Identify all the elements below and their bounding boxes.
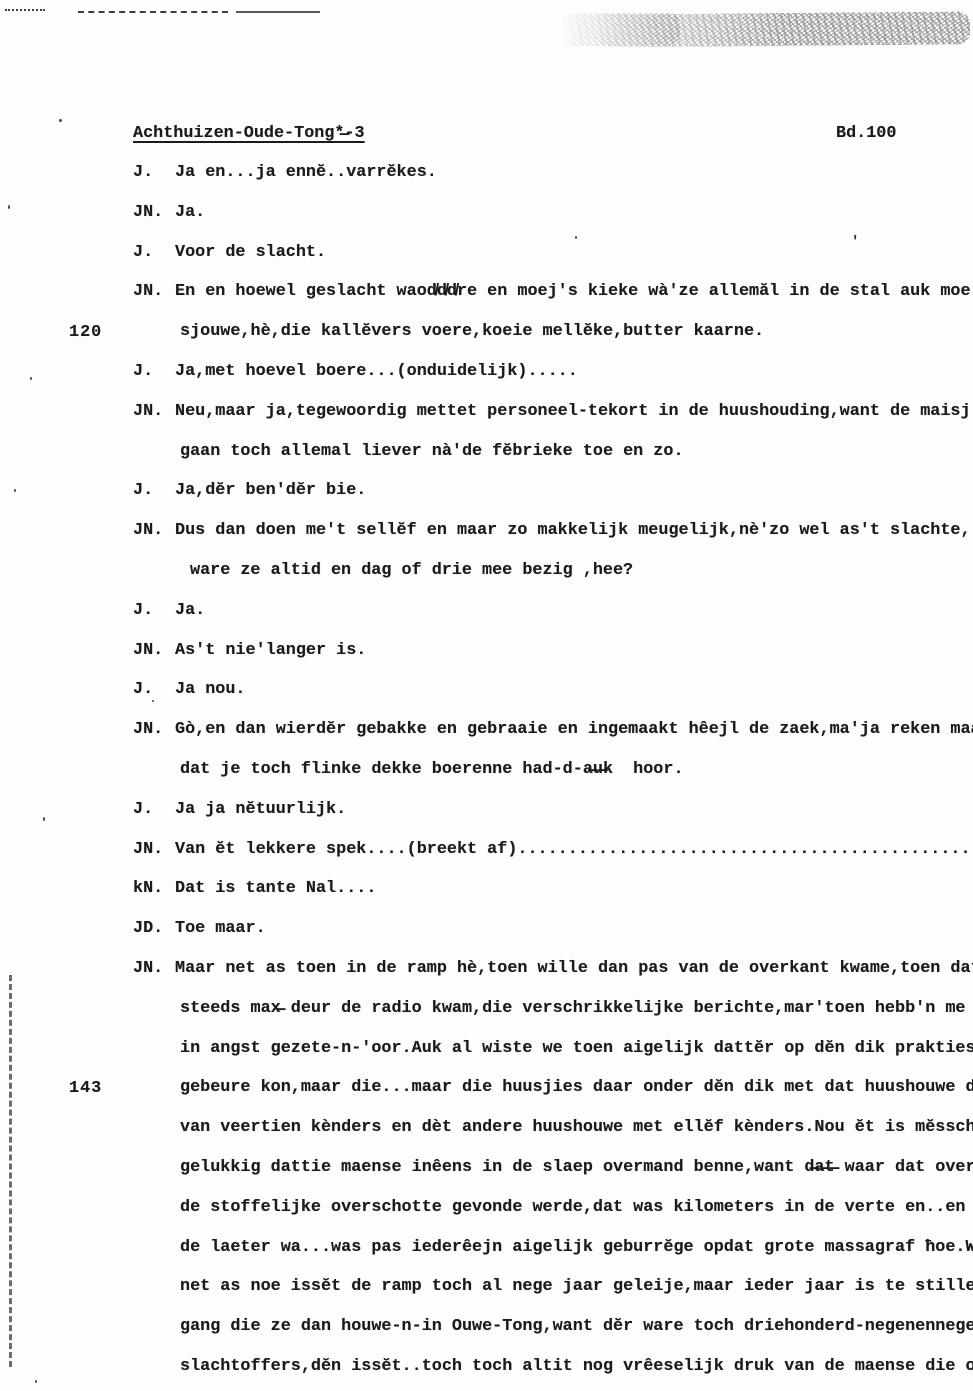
transcript-line: J.Ja ja nĕtuurlijk. (133, 800, 973, 840)
utterance-text: steeds max̶ deur de radio kwam,die versc… (175, 999, 973, 1018)
utterance-text: Dus dan doen me't sellĕf en maar zo makk… (175, 521, 971, 540)
transcript-line: in angst gezete-n-'oor.Auk al wiste we t… (133, 1039, 973, 1079)
speaker-label: J. (133, 481, 175, 500)
utterance-text: gebeure kon,maar die...maar die huusjies… (175, 1078, 973, 1097)
utterance-text: sjouwe,hè,die kallĕvers voere,koeie mell… (175, 322, 764, 341)
scan-speck (30, 377, 32, 380)
utterance-text: Van ĕt lekkere spek....(breekt af)......… (175, 840, 973, 859)
utterance-text: Neu,maar ja,tegewoordig mettet personeel… (175, 402, 971, 421)
transcript-line: JN.Van ĕt lekkere spek....(breekt af)...… (133, 840, 973, 880)
utterance-text: Ja ja nĕtuurlijk. (175, 800, 346, 819)
scan-noise-band (594, 11, 970, 47)
transcript-line: J.Ja,dĕr ben'dĕr bie. (133, 481, 973, 521)
transcript-line: JN.As't nie'langer is. (133, 641, 973, 681)
utterance-text: Gò,en dan wierdĕr gebakke en gebraaie en… (175, 720, 973, 739)
transcript-line: ware ze altid en dag of drie mee bezig ,… (133, 561, 973, 601)
speaker-label: J. (133, 601, 175, 620)
utterance-text: Voor de slacht. (175, 243, 326, 262)
utterance-text: in angst gezete-n-'oor.Auk al wiste we t… (175, 1039, 973, 1058)
utterance-text: dat je toch flinke dekke boerenne had-d-… (175, 760, 684, 779)
utterance-text: de stoffelijke overschotte gevonde werde… (175, 1198, 973, 1217)
utterance-text: Ja. (175, 601, 205, 620)
transcript-line: JD.Toe maar. (133, 919, 973, 959)
transcript-line: gaan toch allemal liever nà'de fĕbrieke … (133, 442, 973, 482)
page-reference: Bd.100 (836, 124, 896, 143)
utterance-text: As't nie'langer is. (175, 641, 366, 660)
transcript-line: JN.En en hoewel geslacht waod̸d̸d̸re en … (133, 282, 973, 322)
transcript-line: kN.Dat is tante Nal.... (133, 879, 973, 919)
utterance-text: En en hoewel geslacht waod̸d̸d̸re en moe… (175, 282, 971, 301)
utterance-text: Ja en...ja ennĕ..varrĕkes. (175, 163, 437, 182)
transcript-line: steeds max̶ deur de radio kwam,die versc… (133, 999, 973, 1039)
utterance-text: Ja. (175, 203, 205, 222)
speaker-label: JN. (133, 840, 175, 859)
transcript-line: van veertien kènders en dèt andere huush… (133, 1118, 973, 1158)
speaker-label: JN. (133, 282, 175, 301)
utterance-text: Dat is tante Nal.... (175, 879, 376, 898)
transcript-line: slachtoffers,dĕn issĕt..toch toch altit … (133, 1357, 973, 1391)
utterance-text: ware ze altid en dag of drie mee bezig ,… (175, 561, 633, 580)
page-header: Achthuizen-Oude-Tong*̶-3 Bd.100 (0, 124, 973, 150)
utterance-text: gaan toch allemal liever nà'de fĕbrieke … (175, 442, 684, 461)
speaker-label: JN. (133, 959, 175, 978)
speaker-label: JN. (133, 521, 175, 540)
scanned-page: ' Achthuizen-Oude-Tong*̶-3 Bd.100 J.Ja e… (0, 0, 973, 1391)
speaker-label: kN. (133, 879, 175, 898)
scan-speck (43, 817, 45, 821)
scan-speck (8, 205, 10, 209)
scan-artifact-dashes (78, 11, 228, 13)
transcript-line: J.Ja en...ja ennĕ..varrĕkes. (133, 163, 973, 203)
speaker-label: J. (133, 163, 175, 182)
transcript-line: 143gebeure kon,maar die...maar die huusj… (133, 1078, 973, 1118)
document-title: Achthuizen-Oude-Tong*̶-3 (133, 124, 365, 143)
margin-line-number: 143 (69, 1079, 102, 1098)
scan-artifact-dashes (236, 11, 320, 13)
transcript-line: J.Ja,met hoevel boere...(onduidelijk)...… (133, 362, 973, 402)
scan-speck (14, 489, 16, 492)
scan-artifact-vertical-line (9, 975, 12, 1367)
scan-speck (59, 119, 62, 122)
transcript-line: JN.Maar net as toen in de ramp hè,toen w… (133, 959, 973, 999)
margin-line-number: 120 (69, 323, 102, 342)
speaker-label: J. (133, 243, 175, 262)
transcript-line: J.Ja. (133, 601, 973, 641)
speaker-label: J. (133, 362, 175, 381)
speaker-label: JN. (133, 641, 175, 660)
utterance-text: Ja nou. (175, 680, 246, 699)
utterance-text: gang die ze dan houwe-n-in Ouwe-Tong,wan… (175, 1317, 973, 1336)
utterance-text: slachtoffers,dĕn issĕt..toch toch altit … (175, 1357, 973, 1376)
speaker-label: JD. (133, 919, 175, 938)
transcript-line: JN.Gò,en dan wierdĕr gebakke en gebraaie… (133, 720, 973, 760)
transcript-line: 120sjouwe,hè,die kallĕvers voere,koeie m… (133, 322, 973, 362)
speaker-label: JN. (133, 720, 175, 739)
transcript-line: JN.Neu,maar ja,tegewoordig mettet person… (133, 402, 973, 442)
transcript-line: net as noe issĕt de ramp toch al nege ja… (133, 1277, 973, 1317)
speaker-label: J. (133, 680, 175, 699)
transcript-line: gang die ze dan houwe-n-in Ouwe-Tong,wan… (133, 1317, 973, 1357)
speaker-label: J. (133, 800, 175, 819)
speaker-label: JN. (133, 402, 175, 421)
speaker-label: JN. (133, 203, 175, 222)
transcript-line: JN.Ja. (133, 203, 973, 243)
utterance-text: van veertien kènders en dèt andere huush… (175, 1118, 973, 1137)
transcript-line: JN.Dus dan doen me't sellĕf en maar zo m… (133, 521, 973, 561)
transcript-line: de laeter wa...was pas iederêejn aigelij… (133, 1238, 973, 1278)
scan-artifact-dashes (5, 9, 45, 11)
utterance-text: Toe maar. (175, 919, 266, 938)
transcript-line: J.Voor de slacht. (133, 243, 973, 283)
utterance-text: de laeter wa...was pas iederêejn aigelij… (175, 1238, 973, 1257)
utterance-text: Ja,met hoevel boere...(onduidelijk)..... (175, 362, 578, 381)
utterance-text: Maar net as toen in de ramp hè,toen will… (175, 959, 973, 978)
utterance-text: net as noe issĕt de ramp toch al nege ja… (175, 1277, 973, 1296)
utterance-text: Ja,dĕr ben'dĕr bie. (175, 481, 366, 500)
transcript-line: gelukkig dattie maense inêens in de slae… (133, 1158, 973, 1198)
transcript-line: de stoffelijke overschotte gevonde werde… (133, 1198, 973, 1238)
transcript-line: J.Ja nou. (133, 680, 973, 720)
transcript-lines: J.Ja en...ja ennĕ..varrĕkes.JN.Ja.J.Voor… (133, 163, 973, 1391)
utterance-text: gelukkig dattie maense inêens in de slae… (175, 1158, 973, 1177)
scan-speck (35, 1380, 37, 1383)
transcript-line: dat je toch flinke dekke boerenne had-d-… (133, 760, 973, 800)
